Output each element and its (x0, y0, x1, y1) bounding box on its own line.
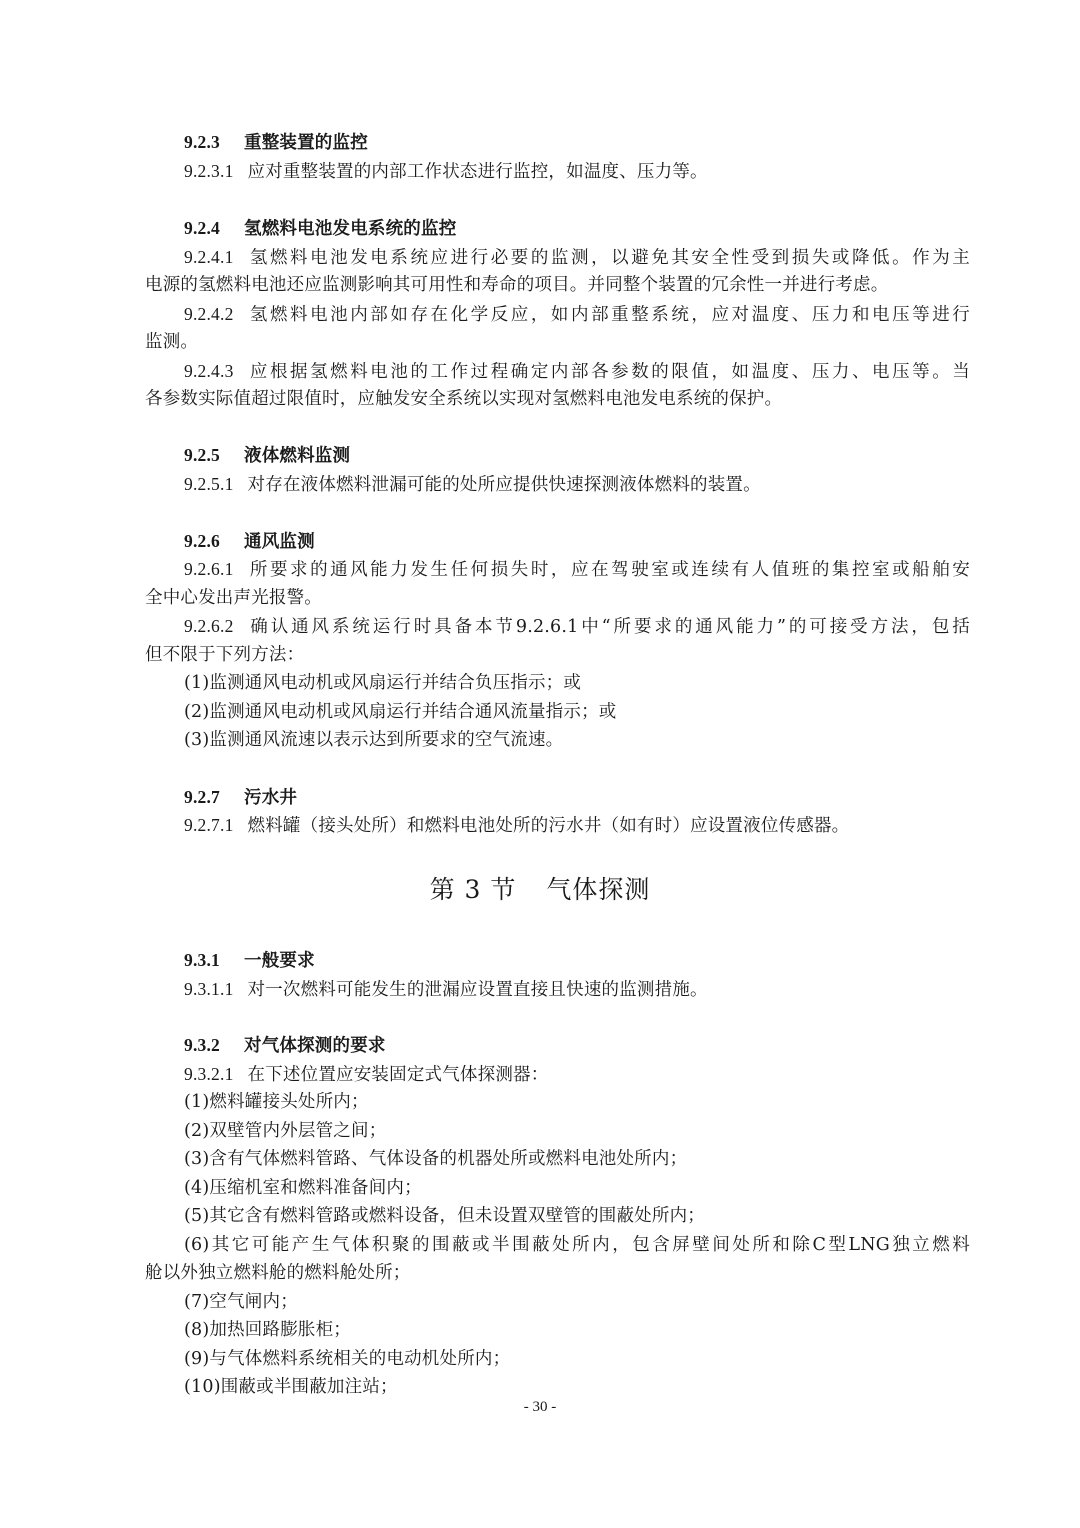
heading-9-3-2: 9.3.2对气体探测的要求 (184, 1031, 970, 1061)
chapter-heading: 第 3 节气体探测 (0, 872, 1080, 908)
paragraph-9-2-5-1: 9.2.5.1对存在液体燃料泄漏可能的处所应提供快速探测液体燃料的装置。 (184, 470, 970, 500)
paragraph-9-2-6-1-cont: 全中心发出声光报警。 (145, 584, 970, 613)
document-page: 9.2.3重整装置的监控 9.2.3.1应对重整装置的内部工作状态进行监控，如温… (0, 0, 1080, 1528)
heading-9-3-1: 9.3.1一般要求 (184, 946, 970, 976)
list-item: (7)空气闸内； (184, 1288, 970, 1317)
list-item: (2)双壁管内外层管之间； (184, 1117, 970, 1146)
paragraph-9-2-4-1-cont: 电源的氢燃料电池还应监测影响其可用性和寿命的项目。并同整个装置的冗余性一并进行考… (145, 271, 970, 300)
list-item: (3)监测通风流速以表示达到所要求的空气流速。 (184, 726, 970, 755)
list-item: (4)压缩机室和燃料准备间内； (184, 1174, 970, 1203)
paragraph-9-3-2-1: 9.3.2.1在下述位置应安装固定式气体探测器： (184, 1060, 970, 1090)
list-item: (2)监测通风电动机或风扇运行并结合通风流量指示；或 (184, 698, 970, 727)
heading-9-2-7: 9.2.7污水井 (184, 783, 970, 813)
paragraph-9-2-4-3-cont: 各参数实际值超过限值时，应触发安全系统以实现对氢燃料电池发电系统的保护。 (145, 385, 970, 414)
list-item: (6)其它可能产生气体积聚的围蔽或半围蔽处所内，包含屏壁间处所和除C型LNG独立… (184, 1231, 970, 1260)
heading-9-2-4: 9.2.4氢燃料电池发电系统的监控 (184, 214, 970, 244)
paragraph-9-2-4-2: 9.2.4.2氢燃料电池内部如存在化学反应，如内部重整系统，应对温度、压力和电压… (184, 300, 970, 330)
list-item-cont: 舱以外独立燃料舱的燃料舱处所； (145, 1259, 970, 1288)
paragraph-9-3-1-1: 9.3.1.1对一次燃料可能发生的泄漏应设置直接且快速的监测措施。 (184, 975, 970, 1005)
paragraph-9-2-3-1: 9.2.3.1应对重整装置的内部工作状态进行监控，如温度、压力等。 (184, 157, 970, 187)
list-item: (8)加热回路膨胀柜； (184, 1316, 970, 1345)
paragraph-9-2-4-1: 9.2.4.1氢燃料电池发电系统应进行必要的监测，以避免其安全性受到损失或降低。… (184, 243, 970, 273)
paragraph-9-2-6-2-cont: 但不限于下列方法： (145, 641, 970, 670)
heading-9-2-3: 9.2.3重整装置的监控 (184, 128, 970, 158)
list-item: (1)监测通风电动机或风扇运行并结合负压指示；或 (184, 669, 970, 698)
paragraph-9-2-6-1: 9.2.6.1所要求的通风能力发生任何损失时，应在驾驶室或连续有人值班的集控室或… (184, 555, 970, 585)
paragraph-9-2-7-1: 9.2.7.1燃料罐（接头处所）和燃料电池处所的污水井（如有时）应设置液位传感器… (184, 811, 970, 841)
list-item: (1)燃料罐接头处所内； (184, 1088, 970, 1117)
paragraph-9-2-4-3: 9.2.4.3应根据氢燃料电池的工作过程确定内部各参数的限值，如温度、压力、电压… (184, 357, 970, 387)
paragraph-9-2-6-2: 9.2.6.2确认通风系统运行时具备本节9.2.6.1中“所要求的通风能力”的可… (184, 612, 970, 642)
list-item: (9)与气体燃料系统相关的电动机处所内； (184, 1345, 970, 1374)
heading-9-2-6: 9.2.6通风监测 (184, 527, 970, 557)
page-number: - 30 - (0, 1397, 1080, 1417)
paragraph-9-2-4-2-cont: 监测。 (145, 328, 970, 357)
list-item: (3)含有气体燃料管路、气体设备的机器处所或燃料电池处所内； (184, 1145, 970, 1174)
list-item: (5)其它含有燃料管路或燃料设备，但未设置双壁管的围蔽处所内； (184, 1202, 970, 1231)
heading-9-2-5: 9.2.5液体燃料监测 (184, 441, 970, 471)
